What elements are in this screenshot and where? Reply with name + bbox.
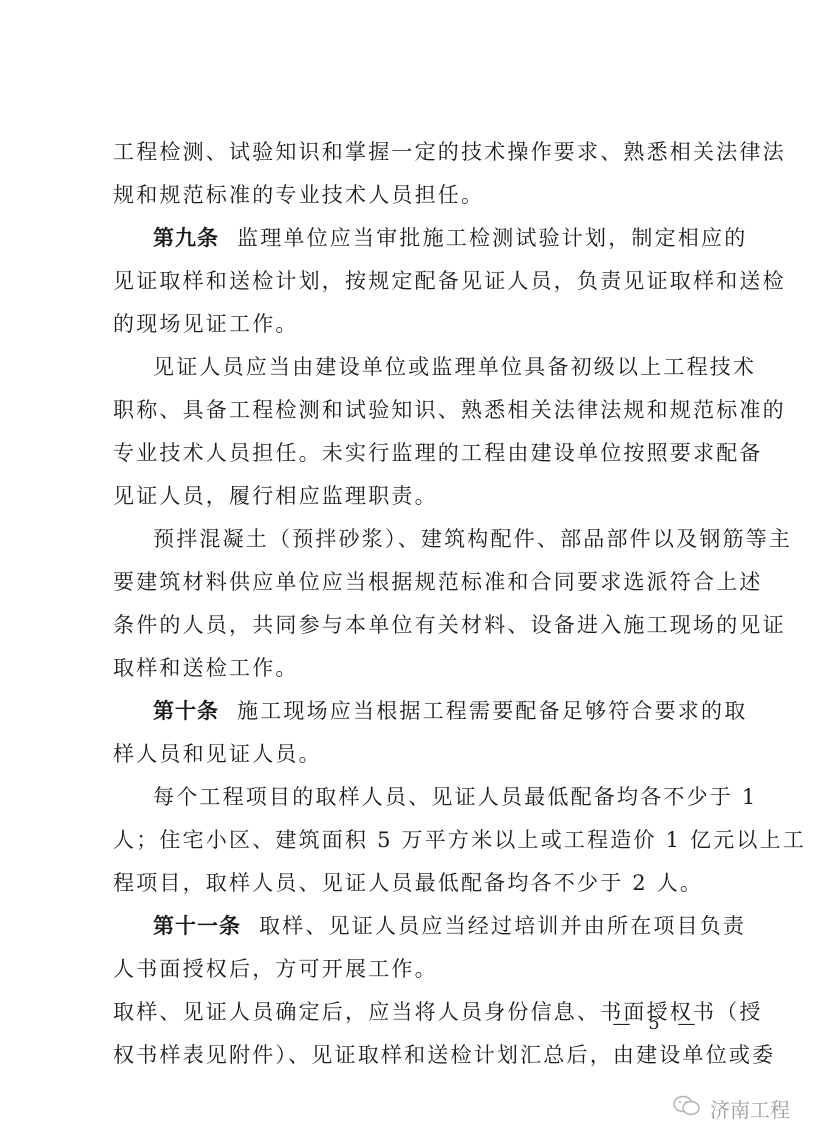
- text-line: 专业技术人员担任。未实行监理的工程由建设单位按照要求配备: [113, 439, 703, 467]
- article-heading: 第十条: [153, 699, 219, 723]
- text-line: 职称、具备工程检测和试验知识、熟悉相关法律法规和规范标准的: [113, 396, 703, 424]
- text-line: 见证取样和送检计划，按规定配备见证人员，负责见证取样和送检: [113, 267, 703, 295]
- line-text: 预拌混凝土（预拌砂浆）、建筑构配件、部品部件以及钢筋等主: [153, 527, 792, 551]
- line-text: 规和规范标准的专业技术人员担任。: [113, 183, 484, 207]
- line-text: 监理单位应当审批施工检测试验计划，制定相应的: [237, 226, 747, 250]
- line-text: 专业技术人员担任。未实行监理的工程由建设单位按照要求配备: [113, 441, 763, 465]
- line-text: 施工现场应当根据工程需要配备足够符合要求的取: [237, 699, 747, 723]
- article-line: 第十条施工现场应当根据工程需要配备足够符合要求的取: [153, 697, 703, 725]
- watermark-label: 济南工程: [710, 1094, 790, 1123]
- text-line: 规和规范标准的专业技术人员担任。: [113, 181, 703, 209]
- watermark: 济南工程: [672, 1094, 790, 1123]
- line-text: 样人员和见证人员。: [113, 742, 322, 766]
- text-line: 程项目，取样人员、见证人员最低配备均各不少于 2 人。: [113, 869, 703, 897]
- text-line: 取样和送检工作。: [113, 654, 703, 682]
- article-line: 第九条监理单位应当审批施工检测试验计划，制定相应的: [153, 224, 703, 252]
- line-text: 见证人员应当由建设单位或监理单位具备初级以上工程技术: [153, 355, 756, 379]
- text-line: 要建筑材料供应单位应当根据规范标准和合同要求选派符合上述: [113, 568, 703, 596]
- line-text: 人书面授权后，方可开展工作。: [113, 957, 438, 981]
- line-text: 见证人员，履行相应监理职责。: [113, 484, 438, 508]
- text-line: 样人员和见证人员。: [113, 740, 703, 768]
- line-text: 要建筑材料供应单位应当根据规范标准和合同要求选派符合上述: [113, 570, 763, 594]
- article-line: 第十一条取样、见证人员应当经过培训并由所在项目负责: [153, 912, 703, 940]
- article-heading: 第十一条: [153, 914, 241, 938]
- text-line: 见证人员应当由建设单位或监理单位具备初级以上工程技术: [153, 353, 703, 381]
- line-text: 权书样表见附件）、见证取样和送检计划汇总后，由建设单位或委: [113, 1043, 775, 1067]
- wechat-icon: [672, 1094, 702, 1123]
- text-line: 人；住宅小区、建筑面积 5 万平方米以上或工程造价 1 亿元以上工: [113, 826, 703, 854]
- text-line: 工程检测、试验知识和掌握一定的技术操作要求、熟悉相关法律法: [113, 138, 703, 166]
- line-text: 工程检测、试验知识和掌握一定的技术操作要求、熟悉相关法律法: [113, 140, 786, 164]
- text-line: 预拌混凝土（预拌砂浆）、建筑构配件、部品部件以及钢筋等主: [153, 525, 703, 553]
- line-text: 人；住宅小区、建筑面积 5 万平方米以上或工程造价 1 亿元以上工: [113, 828, 806, 852]
- line-text: 每个工程项目的取样人员、见证人员最低配备均各不少于 1: [153, 785, 757, 809]
- text-line: 人书面授权后，方可开展工作。: [113, 955, 703, 983]
- line-text: 的现场见证工作。: [113, 312, 299, 336]
- line-text: 条件的人员，共同参与本单位有关材料、设备进入施工现场的见证: [113, 613, 786, 637]
- text-line: 每个工程项目的取样人员、见证人员最低配备均各不少于 1: [153, 783, 703, 811]
- text-line: 权书样表见附件）、见证取样和送检计划汇总后，由建设单位或委: [113, 1041, 703, 1069]
- line-text: 见证取样和送检计划，按规定配备见证人员，负责见证取样和送检: [113, 269, 786, 293]
- line-text: 程项目，取样人员、见证人员最低配备均各不少于 2 人。: [113, 871, 703, 895]
- text-line: 见证人员，履行相应监理职责。: [113, 482, 703, 510]
- text-line: 条件的人员，共同参与本单位有关材料、设备进入施工现场的见证: [113, 611, 703, 639]
- page-number: — 5 —: [612, 1012, 702, 1036]
- line-text: 取样和送检工作。: [113, 656, 299, 680]
- text-line: 的现场见证工作。: [113, 310, 703, 338]
- document-page: 工程检测、试验知识和掌握一定的技术操作要求、熟悉相关法律法规和规范标准的专业技术…: [0, 0, 816, 1145]
- line-text: 取样、见证人员应当经过培训并由所在项目负责: [259, 914, 746, 938]
- line-text: 职称、具备工程检测和试验知识、熟悉相关法律法规和规范标准的: [113, 398, 786, 422]
- article-heading: 第九条: [153, 226, 219, 250]
